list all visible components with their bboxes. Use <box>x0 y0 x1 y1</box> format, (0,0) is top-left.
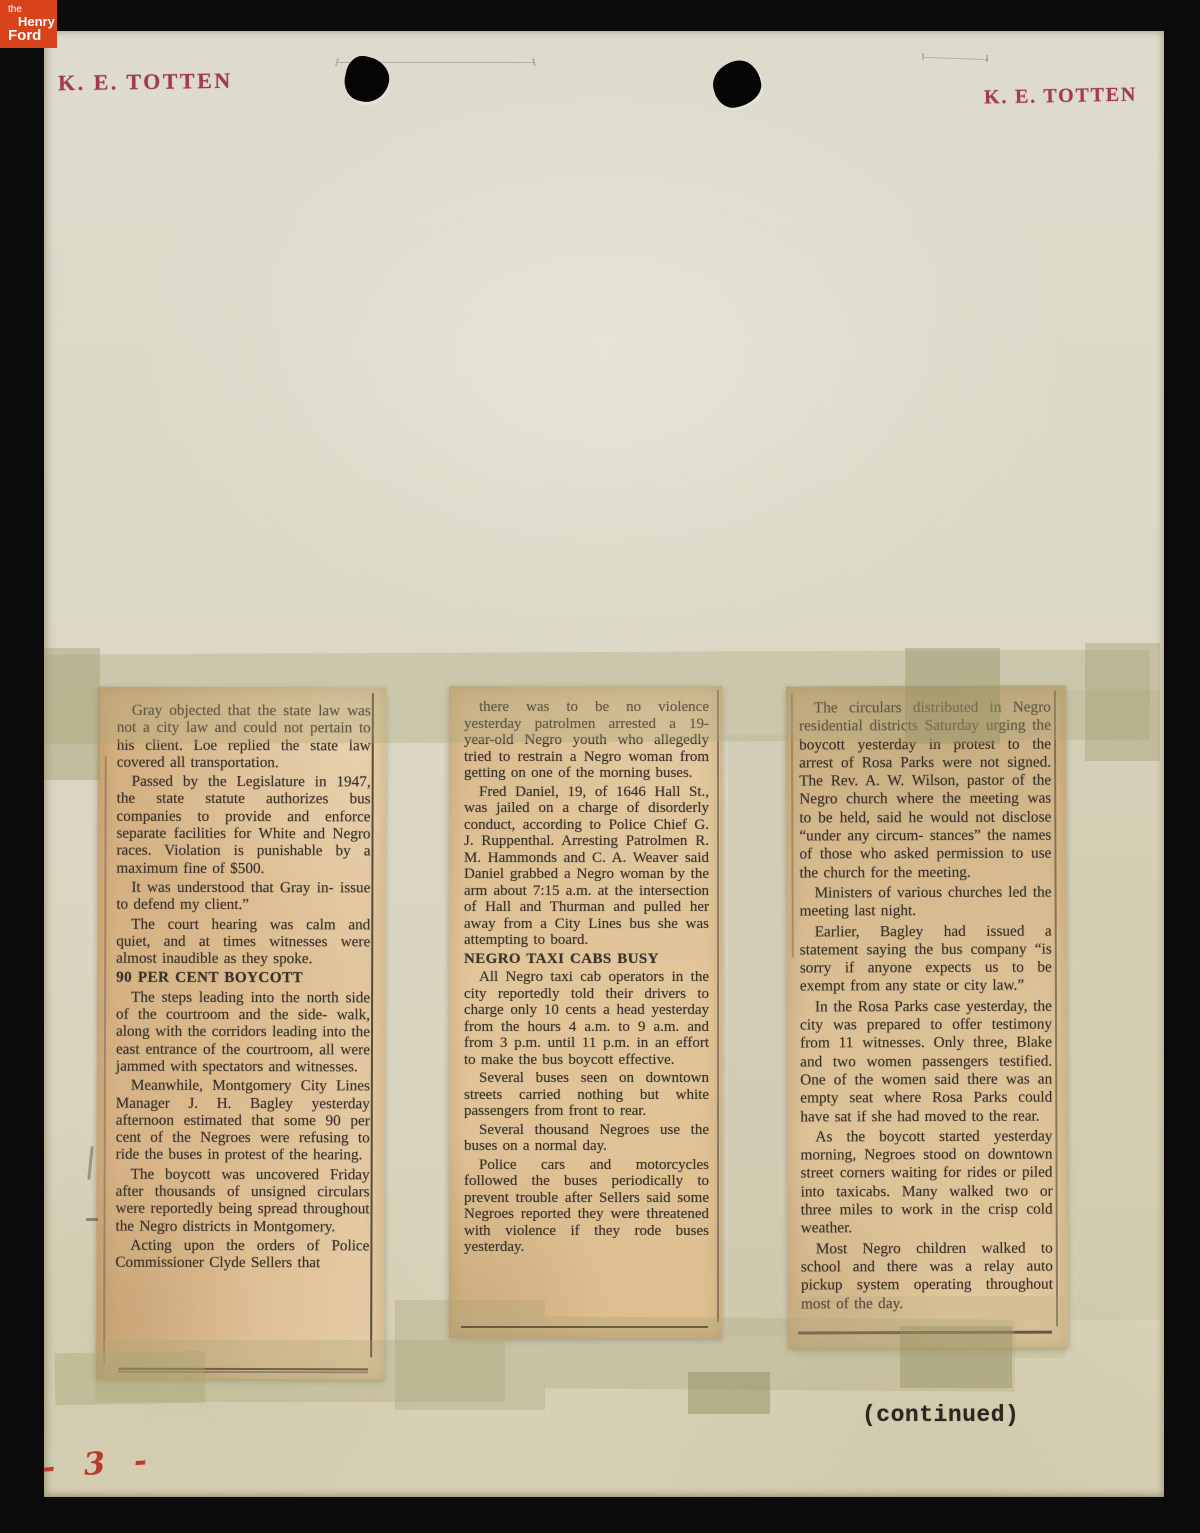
clipping-paragraph: The steps leading into the north side of… <box>116 988 370 1075</box>
henry-ford-logo: the Henry Ford <box>0 0 57 48</box>
tape-strip <box>44 648 100 780</box>
clipping-paragraph: The court hearing was calm and quiet, an… <box>116 915 370 968</box>
clipping-paragraph: Several buses seen on downtown streets c… <box>464 1070 709 1120</box>
clipping-1-text: Gray objected that the state law was not… <box>96 687 386 1272</box>
clipping-subheadline: 90 PER CENT BOYCOTT <box>116 969 370 987</box>
clipping-paragraph: Ministers of various churches led the me… <box>800 884 1052 921</box>
scanned-scrapbook-page: { "colors": { "scan_background": "#0b0b0… <box>0 0 1200 1533</box>
newspaper-clipping-3: The circulars distributed in Negro resid… <box>786 686 1068 1349</box>
clipping-paragraph: Earlier, Bagley had issued a statement s… <box>800 922 1052 996</box>
tape-strip <box>1085 643 1160 761</box>
typed-impression-mark <box>922 53 924 60</box>
continued-note: (continued) <box>862 1402 1019 1428</box>
clipping-paragraph: It was understood that Gray in- issue to… <box>116 879 370 914</box>
tape-strip <box>905 648 1000 744</box>
tape-strip <box>688 1372 770 1414</box>
clipping-paragraph: Police cars and motorcycles followed the… <box>464 1157 709 1256</box>
clipping-paragraph: Meanwhile, Montgomery City Lines Manager… <box>116 1077 370 1164</box>
logo-text-ford: Ford <box>8 28 41 43</box>
owner-stamp-left: K. E. TOTTEN <box>58 68 233 96</box>
newspaper-clipping-1: Gray objected that the state law was not… <box>96 687 386 1380</box>
owner-stamp-right: K. E. TOTTEN <box>984 84 1138 110</box>
clipping-paragraph: Several thousand Negroes use the buses o… <box>464 1122 709 1155</box>
clipping-subheadline: NEGRO TAXI CABS BUSY <box>464 951 709 968</box>
tape-strip <box>900 1326 1012 1388</box>
column-rule <box>717 690 719 1322</box>
clipping-paragraph: In the Rosa Parks case yesterday, the ci… <box>800 997 1052 1126</box>
clipping-paragraph: Fred Daniel, 19, of 1646 Hall St., was j… <box>464 784 709 949</box>
tape-strip <box>728 735 790 1335</box>
clipping-paragraph: The boycott was uncovered Friday after t… <box>115 1165 369 1235</box>
typed-impression-mark <box>986 55 988 62</box>
clipping-paragraph: As the boycott started yesterday morning… <box>800 1127 1052 1238</box>
pencil-mark <box>86 1218 98 1221</box>
clipping-paragraph: Passed by the Legislature in 1947, the s… <box>116 773 370 877</box>
clipping-paragraph: Acting upon the orders of Police Commiss… <box>115 1237 369 1272</box>
newspaper-clipping-2: there was to be no violence yesterday pa… <box>449 686 722 1338</box>
tape-strip <box>395 1300 545 1410</box>
clipping-2-text: there was to be no violence yesterday pa… <box>449 686 722 1256</box>
clipping-paragraph: All Negro taxi cab operators in the city… <box>464 969 709 1068</box>
clipping-3-text: The circulars distributed in Negro resid… <box>786 686 1068 1314</box>
